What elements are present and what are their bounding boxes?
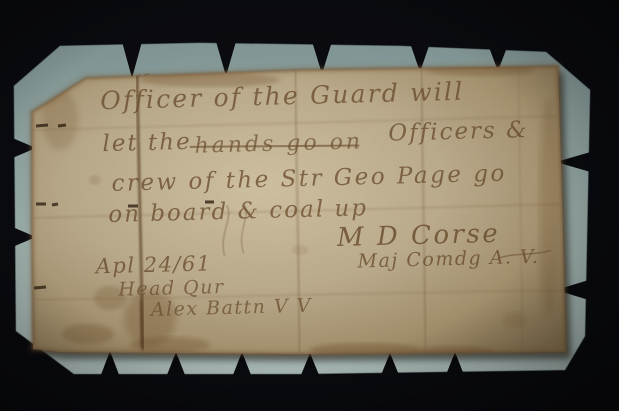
photo-of-mounted-manuscript: Officer of the Guard will let the hands … bbox=[0, 0, 619, 411]
photo-vignette bbox=[0, 0, 619, 411]
photo-canvas: Officer of the Guard will let the hands … bbox=[0, 0, 619, 411]
